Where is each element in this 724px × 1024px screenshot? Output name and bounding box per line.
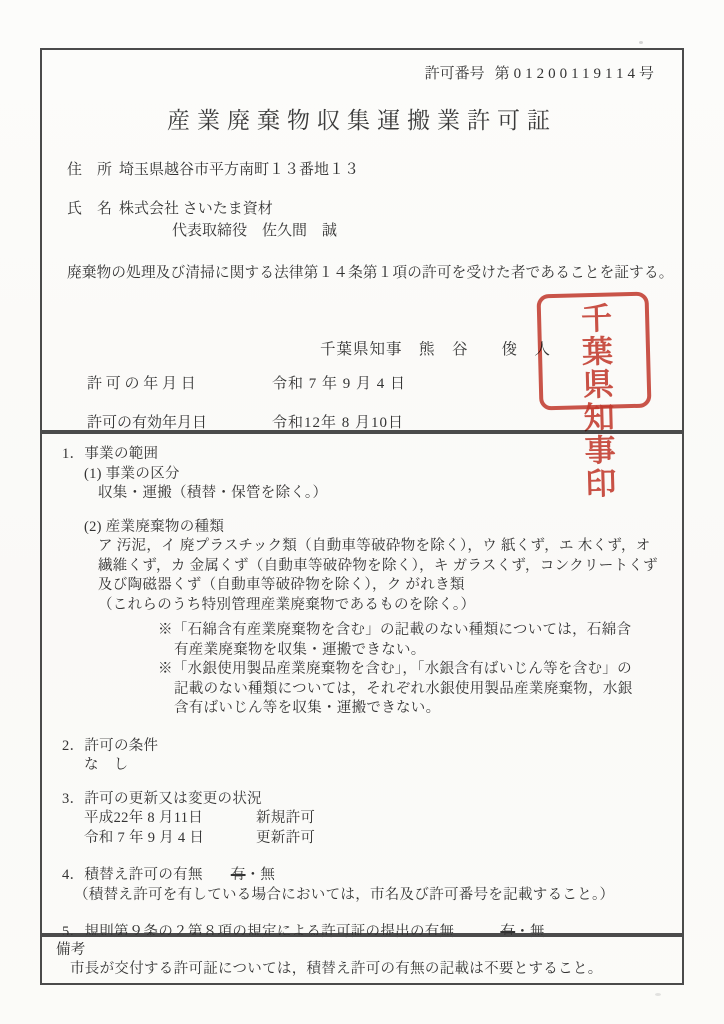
waste-types-list: ア 汚泥，イ 廃プラスチック類（自動車等破砕物を除く），ウ 紙くず，エ 木くず，… xyxy=(98,537,658,596)
history-row: 令和 7 年 9 月 4 日 更新許可 xyxy=(84,829,660,849)
address-label: 住 所 xyxy=(67,158,112,179)
permit-details-box: 1．事業の範囲 (1) 事業の区分 収集・運搬（積替・保管を除く。） (2) 産… xyxy=(40,432,684,935)
company-name: 株式会社 さいたま資材 xyxy=(119,197,273,218)
permit-number-value: 第01200119114号 xyxy=(495,66,658,82)
representative-name: 代表取締役 佐久間 誠 xyxy=(172,219,337,240)
governor-seal-text: 千葉県知事印 xyxy=(568,301,621,400)
waste-types-heading: (2) 産業廃棄物の種類 xyxy=(84,518,660,538)
scanned-document-page: 許可番号第01200119114号 産業廃棄物収集運搬業許可証 住 所 埼玉県越… xyxy=(0,0,724,1024)
section4-line: 4．積替え許可の有無有・無 xyxy=(62,866,660,886)
conditions-value: な し xyxy=(84,756,660,776)
section1-heading: 1．事業の範囲 xyxy=(62,445,660,465)
permit-number-label: 許可番号 xyxy=(425,66,485,82)
transshipment-options: 有・無 xyxy=(231,867,275,883)
history-row: 平成22年 8 月11日 新規許可 xyxy=(84,809,660,829)
expiry-date-value: 令和12年 8 月10日 xyxy=(272,411,404,432)
permit-date-value: 令和 7 年 9 月 4 日 xyxy=(272,372,406,393)
business-division-value: 収集・運搬（積替・保管を除く。） xyxy=(98,484,660,504)
option-separator: ・ xyxy=(246,867,261,883)
section3-heading: 3．許可の更新又は変更の状況 xyxy=(62,790,660,810)
mercury-note: ※「水銀使用製品産業廃棄物を含む」，「水銀含有ばいじん等を含む」の記載のない種類… xyxy=(158,660,644,719)
option-no: 無 xyxy=(260,867,275,883)
remarks-text: 市長が交付する許可証については，積替え許可の有無の記載は不要とすること。 xyxy=(70,960,668,979)
business-division-heading: (1) 事業の区分 xyxy=(84,465,660,485)
history-date: 令和 7 年 9 月 4 日 xyxy=(84,829,256,849)
remarks-box: 備考 市長が交付する許可証については，積替え許可の有無の記載は不要とすること。 xyxy=(40,935,684,985)
scan-speck xyxy=(655,993,661,996)
document-title: 産業廃棄物収集運搬業許可証 xyxy=(42,102,682,135)
section2-heading: 2．許可の条件 xyxy=(62,737,660,757)
option-yes-struck: 有 xyxy=(231,867,246,883)
address-value: 埼玉県越谷市平方南町１３番地１３ xyxy=(119,158,359,179)
name-label: 氏 名 xyxy=(67,197,112,218)
transshipment-note: （積替え許可を有している場合においては，市名及び許可番号を記載すること。） xyxy=(74,886,660,906)
waste-types-exclusion: （これらのうち特別管理産業廃棄物であるものを除く。） xyxy=(98,596,660,616)
governor-seal: 千葉県知事印 xyxy=(537,292,652,411)
issuer-governor-name: 千葉県知事 熊 谷 俊 人 xyxy=(320,337,551,359)
history-type: 更新許可 xyxy=(256,829,315,849)
history-date: 平成22年 8 月11日 xyxy=(84,809,256,829)
expiry-date-label: 許可の有効年月日 xyxy=(87,411,207,432)
history-type: 新規許可 xyxy=(256,809,315,829)
permit-number-line: 許可番号第01200119114号 xyxy=(425,62,658,83)
section4-heading: 4．積替え許可の有無 xyxy=(62,867,203,883)
certificate-header-box: 許可番号第01200119114号 産業廃棄物収集運搬業許可証 住 所 埼玉県越… xyxy=(40,48,684,432)
permit-date-label: 許 可 の 年 月 日 xyxy=(87,372,196,393)
scan-speck xyxy=(639,41,643,44)
certification-statement: 廃棄物の処理及び清掃に関する法律第１４条第１項の許可を受けた者であることを証する… xyxy=(67,261,674,282)
remarks-heading: 備考 xyxy=(56,941,668,960)
asbestos-note: ※「石綿含有産業廃棄物を含む」の記載のない種類については，石綿含有産業廃棄物を収… xyxy=(158,621,644,660)
